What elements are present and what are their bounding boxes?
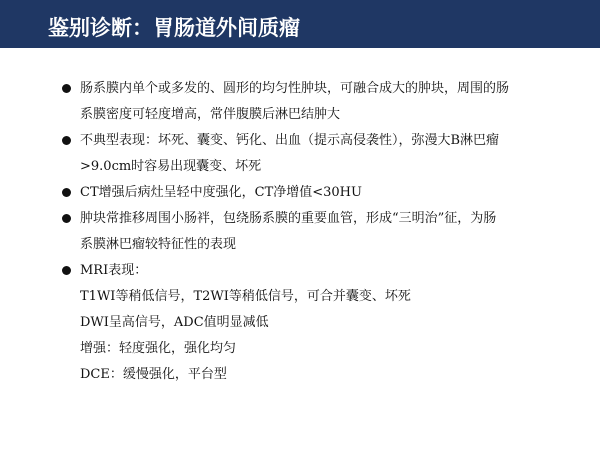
slide-header: 鉴别诊断：胃肠道外间质瘤 bbox=[0, 0, 600, 48]
bullet-dot-icon bbox=[62, 136, 71, 145]
mri-detail-line: 增强：轻度强化，强化均匀 bbox=[62, 336, 582, 362]
mri-detail-line: T1WI等稍低信号，T2WI等稍低信号，可合并囊变、坏死 bbox=[62, 284, 582, 310]
bullet-line: CT增强后病灶呈轻中度强化，CT净增值<30HU bbox=[80, 180, 582, 206]
bullet-line: 肿块常推移周围小肠袢，包绕肠系膜的重要血管，形成“三明治”征，为肠 bbox=[80, 206, 582, 232]
bullet-item: 肠系膜内单个或多发的、圆形的均匀性肿块，可融合成大的肿块，周围的肠 系膜密度可轻… bbox=[62, 76, 582, 128]
bullet-dot-icon bbox=[62, 84, 71, 93]
bullet-dot-icon bbox=[62, 214, 71, 223]
bullet-line: 系膜淋巴瘤较特征性的表现 bbox=[80, 232, 582, 258]
bullet-line: 系膜密度可轻度增高，常伴腹膜后淋巴结肿大 bbox=[80, 102, 582, 128]
bullet-line: >9.0cm时容易出现囊变、坏死 bbox=[80, 154, 582, 180]
bullet-item: MRI表现： bbox=[62, 258, 582, 284]
slide-title: 鉴别诊断：胃肠道外间质瘤 bbox=[48, 12, 300, 42]
bullet-item: CT增强后病灶呈轻中度强化，CT净增值<30HU bbox=[62, 180, 582, 206]
mri-detail-line: DCE：缓慢强化，平台型 bbox=[62, 362, 582, 388]
bullet-item: 不典型表现：坏死、囊变、钙化、出血（提示高侵袭性），弥漫大B淋巴瘤 >9.0cm… bbox=[62, 128, 582, 180]
bullet-line: MRI表现： bbox=[80, 258, 582, 284]
mri-detail-line: DWI呈高信号，ADC值明显减低 bbox=[62, 310, 582, 336]
bullet-line: 肠系膜内单个或多发的、圆形的均匀性肿块，可融合成大的肿块，周围的肠 bbox=[80, 76, 582, 102]
bullet-dot-icon bbox=[62, 266, 71, 275]
bullet-line: 不典型表现：坏死、囊变、钙化、出血（提示高侵袭性），弥漫大B淋巴瘤 bbox=[80, 128, 582, 154]
bullet-item: 肿块常推移周围小肠袢，包绕肠系膜的重要血管，形成“三明治”征，为肠 系膜淋巴瘤较… bbox=[62, 206, 582, 258]
slide-content: 肠系膜内单个或多发的、圆形的均匀性肿块，可融合成大的肿块，周围的肠 系膜密度可轻… bbox=[62, 76, 582, 388]
bullet-dot-icon bbox=[62, 188, 71, 197]
